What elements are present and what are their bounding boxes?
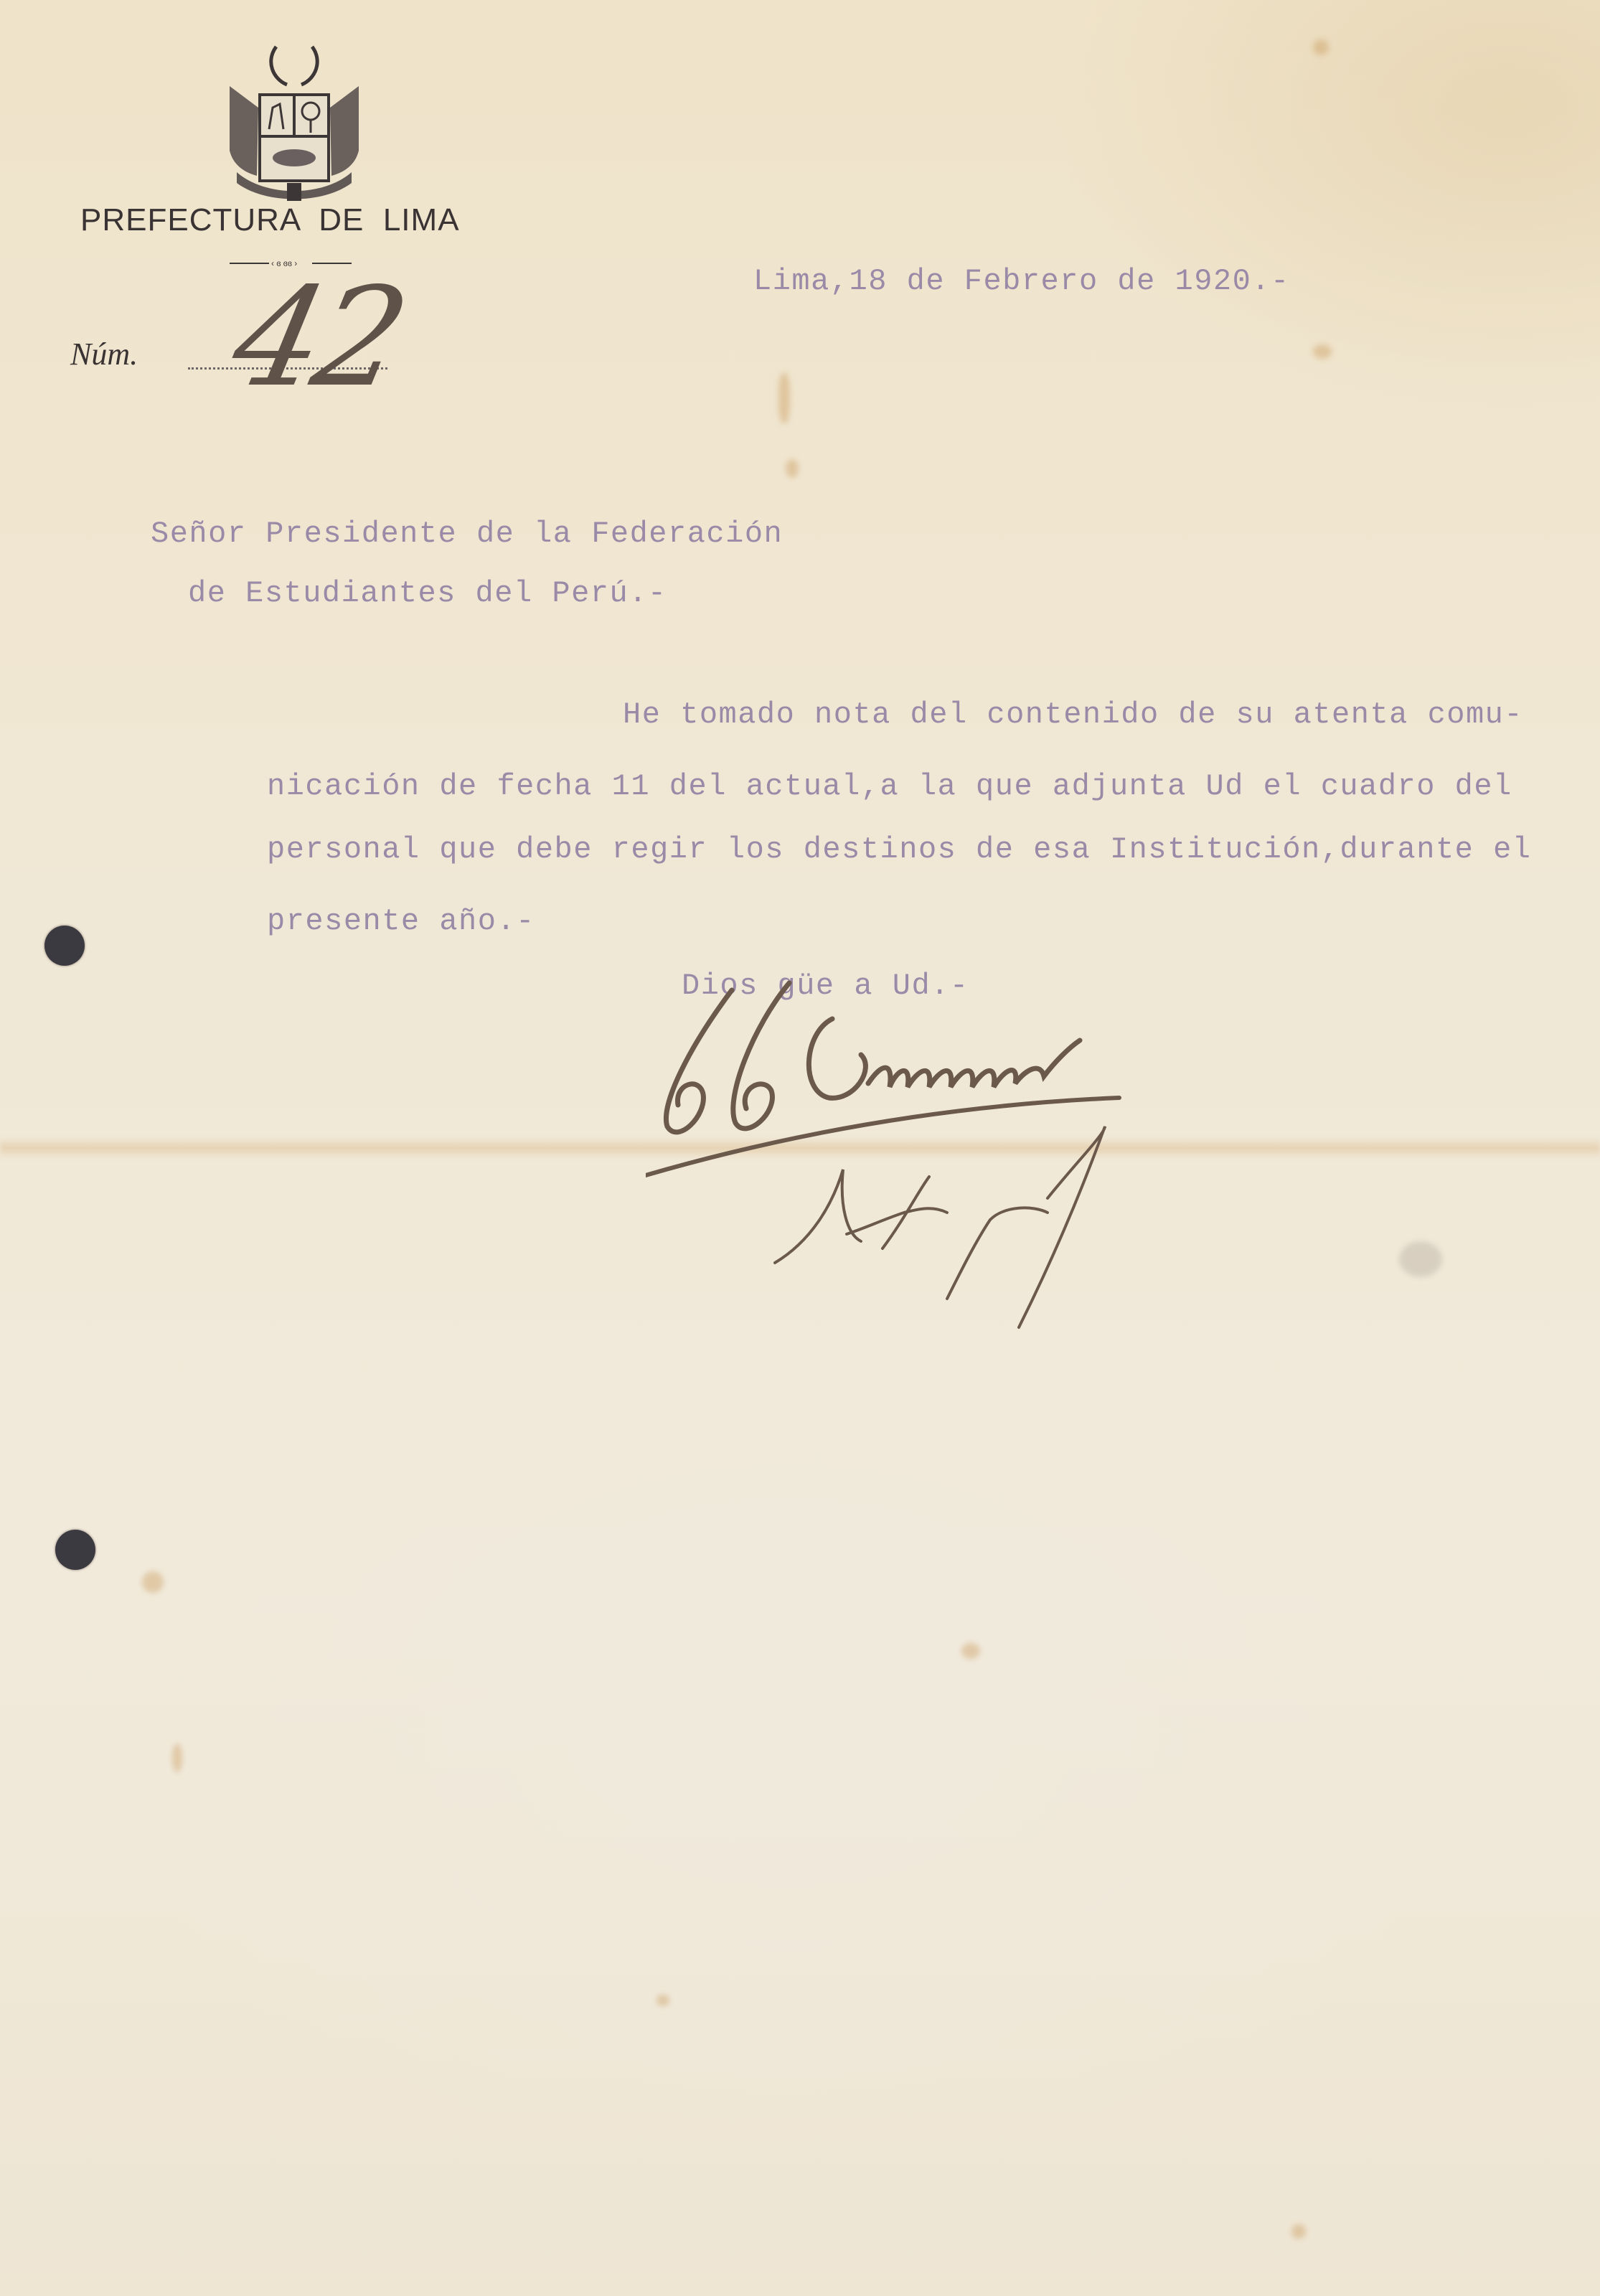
paper-smudge	[1399, 1241, 1442, 1277]
body-line-3: personal que debe regir los destinos de …	[267, 832, 1531, 867]
number-label: Núm.	[70, 336, 138, 372]
paper-stain	[961, 1643, 980, 1659]
paper-stain	[1313, 39, 1329, 55]
punch-hole	[55, 1530, 95, 1570]
handwritten-signature	[646, 961, 1291, 1363]
document-number: 42	[220, 258, 416, 417]
date-line: Lima,18 de Febrero de 1920.-	[753, 264, 1290, 298]
paper-stain	[657, 1995, 669, 2006]
body-line-1: He tomado nota del contenido de su atent…	[623, 697, 1523, 732]
peru-coat-of-arms-icon	[208, 29, 380, 201]
institution-letterhead: PREFECTURA DE LIMA	[80, 202, 460, 238]
paper-stain	[786, 459, 799, 478]
body-line-4: presente año.-	[267, 904, 535, 938]
paper-stain	[142, 1571, 164, 1593]
recipient-line-1: Señor Presidente de la Federación	[151, 517, 783, 551]
paper-stain	[1313, 344, 1332, 359]
paper-stain	[1291, 2224, 1306, 2239]
recipient-line-2: de Estudiantes del Perú.-	[188, 576, 667, 611]
punch-hole	[44, 926, 85, 966]
body-line-2: nicación de fecha 11 del actual,a la que…	[267, 769, 1512, 804]
paper-stain	[172, 1744, 182, 1772]
paper-stain	[778, 373, 790, 423]
